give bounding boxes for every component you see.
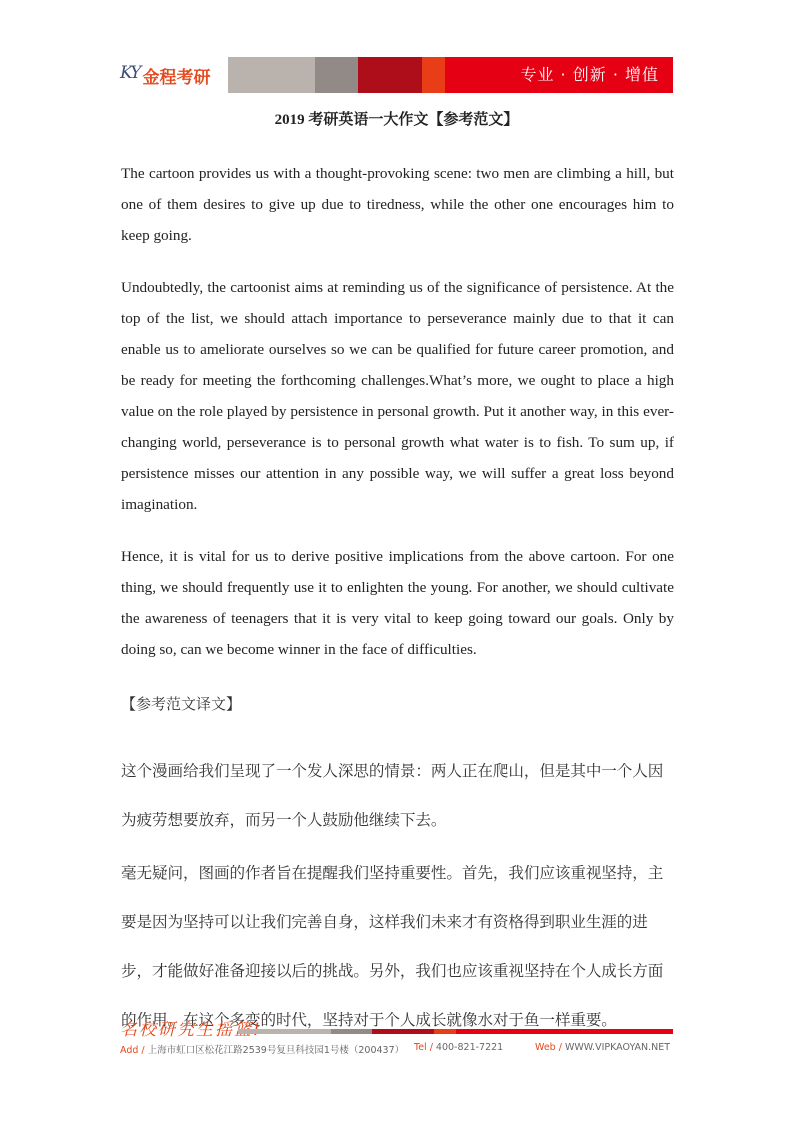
translation-heading: 【参考范文译文】 — [121, 693, 241, 714]
brand-logo: KY 金程考研 — [120, 57, 228, 93]
footer-bar-segment-dark-red — [372, 1029, 434, 1034]
footer-bar-segment-dark-gray — [331, 1029, 372, 1034]
english-paragraph-2: Undoubtedly, the cartoonist aims at remi… — [121, 272, 674, 520]
english-paragraph-1: The cartoon provides us with a thought-p… — [121, 158, 674, 251]
footer-slogan: 名校研究生摇篮! — [120, 1015, 262, 1040]
footer-tel: Tel / 400-821-7221 — [414, 1042, 503, 1053]
header-bar-segment-orange — [422, 57, 445, 93]
chinese-paragraph-1: 这个漫画给我们呈现了一个发人深思的情景：两人正在爬山，但是其中一个人因为疲劳想要… — [121, 747, 677, 845]
logo-mark-icon: KY — [120, 63, 139, 83]
footer-bar-segment-light-gray — [238, 1029, 331, 1034]
tel-label: Tel / — [414, 1042, 433, 1053]
english-paragraph-3: Hence, it is vital for us to derive posi… — [121, 541, 674, 665]
header-bar-segment-light-gray — [228, 57, 315, 93]
tel-value: 400-821-7221 — [433, 1042, 503, 1053]
footer-bar-segment-orange — [434, 1029, 456, 1034]
header-slogan: 专业 · 创新 · 增值 — [520, 57, 659, 93]
address-label: Add / — [120, 1045, 145, 1056]
footer-web: Web / WWW.VIPKAOYAN.NET — [535, 1042, 670, 1053]
page-header: KY 金程考研 专业 · 创新 · 增值 — [120, 57, 673, 93]
header-bar-segment-dark-red — [358, 57, 422, 93]
logo-text: 金程考研 — [142, 63, 210, 88]
header-bar-segment-dark-gray — [315, 57, 358, 93]
page-footer: 名校研究生摇篮! Add / 上海市虹口区松花江路2539号复旦科技园1号楼（2… — [120, 1015, 673, 1060]
address-value: 上海市虹口区松花江路2539号复旦科技园1号楼（200437） — [145, 1045, 405, 1056]
document-title: 2019 考研英语一大作文【参考范文】 — [0, 108, 793, 129]
web-value: WWW.VIPKAOYAN.NET — [562, 1042, 670, 1053]
web-label: Web / — [535, 1042, 562, 1053]
footer-address: Add / 上海市虹口区松花江路2539号复旦科技园1号楼（200437） — [120, 1042, 404, 1056]
footer-bar-segment-red — [456, 1029, 673, 1034]
